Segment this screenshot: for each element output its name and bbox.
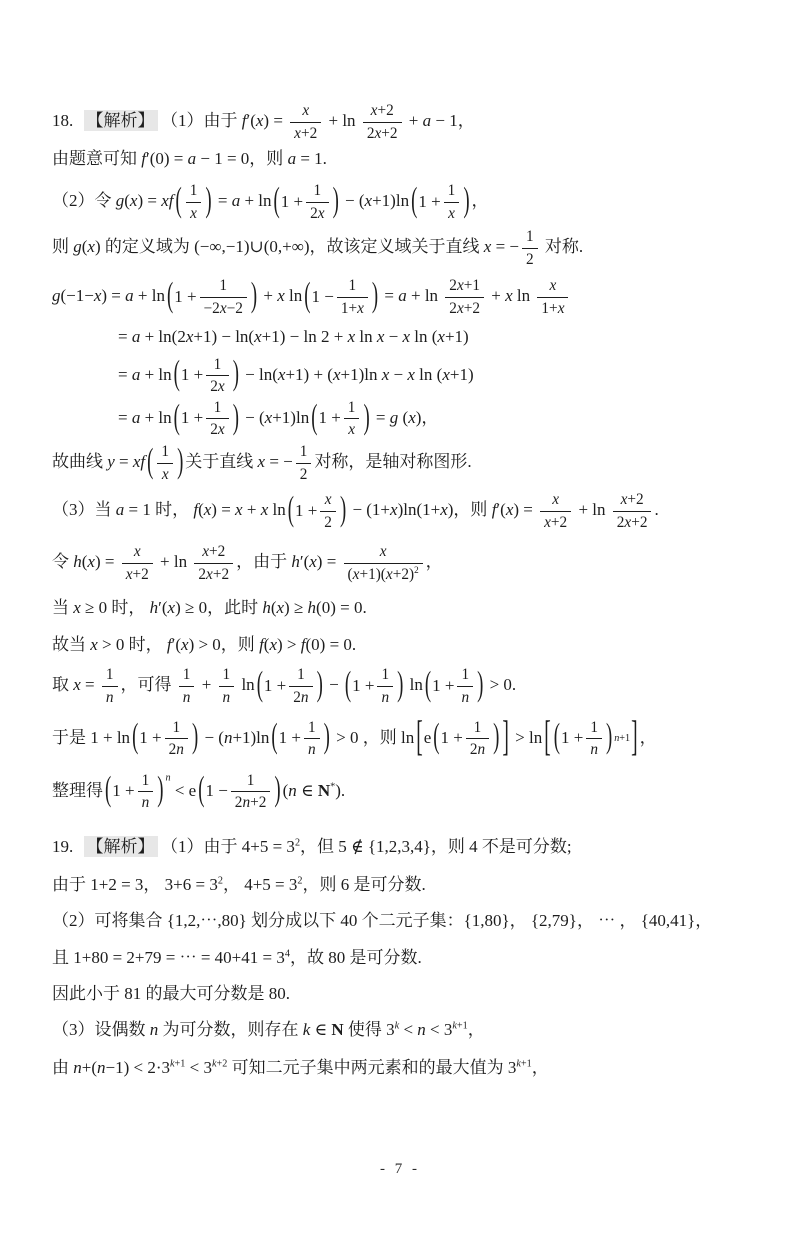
fraction-numerator: x bbox=[320, 491, 336, 512]
close-bracket: ] bbox=[501, 718, 510, 760]
superscript: 2 bbox=[218, 875, 223, 886]
fraction-denominator: (x+1)(x+2)2 bbox=[344, 564, 423, 584]
math-variable: x bbox=[408, 408, 416, 427]
close-paren: ) bbox=[339, 494, 347, 529]
math-variable: x bbox=[206, 566, 213, 583]
line-18-g-neg1-x: g(−1−x) = a + ln(1 + 1−2x−2) + x ln(1 − … bbox=[52, 277, 764, 317]
fraction-numerator: 1 bbox=[138, 772, 154, 793]
group-content: 1 + 1n bbox=[279, 719, 323, 759]
line-18-3-case-a1: （3）当 a = 1 时， f(x) = x + x ln(1 + x2) − … bbox=[52, 491, 764, 531]
math-variable: x bbox=[218, 378, 225, 395]
superscript: 2 bbox=[414, 565, 419, 575]
close-paren: ) bbox=[204, 185, 212, 220]
math-variable: f bbox=[193, 500, 198, 519]
fraction-numerator: 1 bbox=[157, 443, 173, 464]
open-paren: ( bbox=[166, 280, 174, 315]
math-variable: h bbox=[308, 598, 317, 617]
math-variable: k bbox=[303, 1020, 311, 1039]
fraction: 12x bbox=[306, 182, 328, 222]
fraction: 12n+2 bbox=[231, 772, 271, 812]
math-variable: y bbox=[107, 452, 115, 471]
math-variable: x bbox=[550, 277, 557, 294]
superscript: * bbox=[330, 781, 335, 792]
open-paren: ( bbox=[175, 185, 183, 220]
solution-content: 18. 【解析】（1）由于 f′(x) = xx+2 + ln x+22x+2 … bbox=[0, 0, 800, 1081]
paren-group: (1 + 12n) bbox=[432, 719, 500, 759]
math-variable: x bbox=[448, 205, 455, 222]
close-paren: ) bbox=[371, 280, 379, 315]
open-paren: ( bbox=[344, 669, 352, 704]
paren-group: (1 + 1n) bbox=[104, 772, 164, 812]
fraction-numerator: x bbox=[122, 543, 153, 564]
math-variable: x bbox=[294, 125, 301, 142]
open-paren: ( bbox=[310, 402, 318, 437]
paren-group: (1 + 1−2x−2) bbox=[166, 277, 258, 317]
line-18-h-monotone: 当 x ≥ 0 时， h′(x) ≥ 0，此时 h(x) ≥ h(0) = 0. bbox=[52, 597, 764, 621]
fraction-numerator: x bbox=[290, 102, 321, 123]
group-content: 1x bbox=[154, 443, 176, 483]
fraction-numerator: x+2 bbox=[363, 102, 402, 123]
fraction: 12n bbox=[165, 719, 188, 759]
superscript: 4 bbox=[285, 948, 290, 959]
close-paren: ) bbox=[250, 280, 258, 315]
math-variable: a bbox=[188, 149, 197, 168]
group-content: 1 + 1x bbox=[318, 399, 362, 439]
fraction: xx+2 bbox=[290, 102, 321, 142]
fraction: 1x bbox=[157, 443, 173, 483]
math-variable: n bbox=[288, 781, 297, 800]
fraction-numerator: 1 bbox=[377, 666, 393, 687]
fraction-numerator: 1 bbox=[344, 399, 360, 420]
fraction: 11+x bbox=[337, 277, 368, 317]
group-content: 1 + 12x bbox=[281, 182, 332, 222]
math-variable: x bbox=[220, 300, 227, 317]
line-18-define-h: 令 h(x) = xx+2 + ln x+22x+2，由于 h′(x) = x(… bbox=[52, 543, 764, 583]
fraction: x+22x+2 bbox=[613, 491, 652, 531]
fraction-denominator: 2 bbox=[296, 464, 312, 484]
group-content: 1 + 12n bbox=[264, 666, 316, 706]
close-paren: ) bbox=[191, 721, 199, 756]
fraction-denominator: 2x bbox=[206, 376, 228, 396]
fraction: 12x bbox=[206, 399, 228, 439]
math-variable: a bbox=[125, 286, 134, 305]
math-variable: x bbox=[353, 566, 360, 583]
math-variable: n bbox=[614, 733, 619, 744]
superscript: 2 bbox=[297, 875, 302, 886]
fraction-denominator: 1+x bbox=[537, 298, 568, 318]
math-variable: k bbox=[170, 1058, 175, 1069]
math-variable: n bbox=[590, 741, 598, 758]
math-variable: x bbox=[440, 500, 448, 519]
fraction-denominator: n bbox=[179, 687, 195, 707]
open-paren: ( bbox=[303, 280, 311, 315]
math-variable: x bbox=[302, 102, 309, 119]
math-variable: n bbox=[165, 772, 170, 783]
math-variable: f bbox=[301, 635, 306, 654]
fraction: 1n bbox=[304, 719, 320, 759]
fraction-denominator: x+2 bbox=[122, 564, 153, 584]
math-variable: g bbox=[73, 237, 82, 256]
fraction: 1n bbox=[377, 666, 393, 706]
fraction: x+22x+2 bbox=[194, 543, 233, 583]
fraction-denominator: 2n+2 bbox=[231, 792, 271, 812]
math-variable: x bbox=[544, 514, 551, 531]
fraction-numerator: 1 bbox=[289, 666, 312, 687]
paren-group: (1 − 11+x) bbox=[303, 277, 379, 317]
math-variable: k bbox=[516, 1058, 521, 1069]
math-variable: x bbox=[134, 543, 141, 560]
math-variable: h bbox=[73, 552, 82, 571]
open-paren: ( bbox=[131, 721, 139, 756]
math-variable: h bbox=[150, 598, 159, 617]
close-paren: ) bbox=[605, 721, 613, 756]
fraction-numerator: x bbox=[537, 277, 568, 298]
math-variable: x bbox=[371, 102, 378, 119]
math-variable: x bbox=[505, 286, 513, 305]
fraction-denominator: 2x bbox=[306, 203, 328, 223]
group-content: 1 − 12n+2 bbox=[205, 772, 273, 812]
math-variable: k bbox=[212, 1058, 217, 1069]
group-content: 1 + 12n bbox=[441, 719, 493, 759]
close-paren: ) bbox=[232, 358, 240, 393]
fraction: 12x bbox=[206, 356, 228, 396]
fraction: 1x bbox=[186, 182, 202, 222]
paren-group: (1 + 1n) bbox=[270, 719, 330, 759]
fraction-numerator: 1 bbox=[165, 719, 188, 740]
math-variable: g bbox=[390, 408, 399, 427]
fraction-numerator: 1 bbox=[200, 277, 247, 298]
math-variable: x bbox=[190, 205, 197, 222]
math-variable: x bbox=[202, 543, 209, 560]
math-variable: a bbox=[423, 111, 432, 130]
math-variable: k bbox=[395, 1020, 400, 1031]
math-variable: x bbox=[318, 205, 325, 222]
math-variable: k bbox=[452, 1020, 457, 1031]
fraction-numerator: 1 bbox=[102, 666, 118, 687]
math-variable: n bbox=[97, 1058, 106, 1077]
math-bold-symbol: N bbox=[318, 781, 330, 800]
math-variable: a bbox=[116, 500, 125, 519]
paren-group: (1 + 12n) bbox=[131, 719, 199, 759]
math-variable: a bbox=[132, 408, 141, 427]
close-bracket: ] bbox=[630, 718, 639, 760]
paren-group: (1 − 12n+2) bbox=[197, 772, 281, 812]
math-variable: x bbox=[87, 552, 95, 571]
superscript: k bbox=[395, 1020, 400, 1031]
math-variable: f bbox=[167, 635, 172, 654]
highlighted-label: 【解析】 bbox=[84, 836, 158, 857]
math-variable: x bbox=[621, 491, 628, 508]
open-paren: ( bbox=[197, 774, 205, 809]
fraction: 12 bbox=[296, 443, 312, 483]
fraction-denominator: x bbox=[444, 203, 460, 223]
fraction-numerator: 1 bbox=[179, 666, 195, 687]
fraction-numerator: 1 bbox=[466, 719, 489, 740]
open-bracket: [ bbox=[415, 718, 424, 760]
math-variable: x bbox=[265, 408, 273, 427]
superscript: k+1 bbox=[452, 1020, 467, 1031]
close-paren: ) bbox=[332, 185, 340, 220]
fraction: 12n bbox=[466, 719, 489, 759]
math-variable: x bbox=[90, 635, 98, 654]
math-variable: x bbox=[333, 365, 341, 384]
math-variable: h bbox=[291, 552, 300, 571]
math-variable: x bbox=[258, 452, 266, 471]
fraction-denominator: x+2 bbox=[290, 123, 321, 143]
fraction-numerator: 1 bbox=[206, 356, 228, 377]
fraction-numerator: 1 bbox=[186, 182, 202, 203]
math-variable: a bbox=[398, 286, 407, 305]
line-18-then-ln-ineq: 于是 1 + ln(1 + 12n) − (n+1)ln(1 + 1n) > 0… bbox=[52, 719, 764, 759]
math-variable: f bbox=[259, 635, 264, 654]
group-content: (1 + 1n)n+1 bbox=[552, 719, 630, 759]
fraction-denominator: n bbox=[102, 687, 118, 707]
close-paren: ) bbox=[232, 402, 240, 437]
math-variable: f bbox=[242, 111, 247, 130]
math-variable: n bbox=[106, 689, 114, 706]
fraction-denominator: n bbox=[304, 739, 320, 759]
fraction-numerator: 1 bbox=[219, 666, 235, 687]
math-variable: n bbox=[183, 689, 191, 706]
math-variable: n bbox=[417, 1020, 426, 1039]
open-bracket: [ bbox=[543, 718, 552, 760]
math-variable: x bbox=[256, 111, 264, 130]
superscript: 2 bbox=[295, 837, 300, 848]
fraction: 1x bbox=[444, 182, 460, 222]
math-variable: a bbox=[132, 327, 141, 346]
line-18-take-x-1n: 取 x = 1n，可得 1n + 1n ln(1 + 12n) − (1 + 1… bbox=[52, 666, 764, 706]
line-19-80-divisible: 且 1+80 = 2+79 = ⋯ = 40+41 = 34，故 80 是可分数… bbox=[52, 947, 764, 971]
fraction: xx+2 bbox=[122, 543, 153, 583]
line-18-domain: 则 g(x) 的定义域为 (−∞,−1)∪(0,+∞)，故该定义域关于直线 x … bbox=[52, 228, 764, 268]
superscript: n bbox=[165, 772, 170, 783]
open-paren: ( bbox=[173, 358, 181, 393]
superscript: k+1 bbox=[170, 1058, 185, 1069]
fraction-numerator: 1 bbox=[206, 399, 228, 420]
fraction-denominator: 1+x bbox=[337, 298, 368, 318]
open-paren: ( bbox=[287, 494, 295, 529]
fraction-numerator: 1 bbox=[304, 719, 320, 740]
math-bold-symbol: N bbox=[331, 1020, 343, 1039]
fraction-numerator: 1 bbox=[296, 443, 312, 464]
fraction: 1x bbox=[344, 399, 360, 439]
math-variable: n bbox=[142, 794, 150, 811]
math-variable: a bbox=[132, 365, 141, 384]
math-variable: n bbox=[176, 741, 184, 758]
math-variable: n bbox=[381, 689, 389, 706]
fraction-numerator: x bbox=[540, 491, 571, 512]
highlighted-label: 【解析】 bbox=[84, 110, 158, 131]
fraction: 1n bbox=[179, 666, 195, 706]
math-variable: x bbox=[277, 598, 285, 617]
open-paren: ( bbox=[410, 185, 418, 220]
group-content: 1 + 1n bbox=[432, 666, 476, 706]
fraction: 1n bbox=[586, 719, 602, 759]
math-variable: x bbox=[87, 237, 95, 256]
fraction-denominator: −2x−2 bbox=[200, 298, 247, 318]
math-variable: xf bbox=[161, 191, 173, 210]
math-variable: x bbox=[558, 300, 565, 317]
fraction: 2x+12x+2 bbox=[445, 277, 484, 317]
open-paren: ( bbox=[424, 669, 432, 704]
line-18-final-result: 整理得(1 + 1n)n < e(1 − 12n+2)(n ∈ N*). bbox=[52, 772, 764, 812]
fraction: x2 bbox=[320, 491, 336, 531]
math-variable: n bbox=[224, 728, 233, 747]
close-paren: ) bbox=[362, 402, 370, 437]
close-paren: ) bbox=[316, 669, 324, 704]
math-variable: x bbox=[73, 675, 81, 694]
paren-group: (1x) bbox=[175, 182, 213, 222]
group-content: 1 + 12x bbox=[181, 399, 232, 439]
bracket-group: [e(1 + 12n)] bbox=[415, 719, 510, 759]
math-variable: xf bbox=[133, 452, 145, 471]
math-variable: x bbox=[168, 598, 176, 617]
math-variable: x bbox=[506, 500, 514, 519]
math-variable: x bbox=[181, 635, 189, 654]
group-content: 1 + 12n bbox=[139, 719, 191, 759]
paren-group: (1x) bbox=[146, 443, 184, 483]
fraction-numerator: 1 bbox=[337, 277, 368, 298]
fraction-denominator: 2 bbox=[320, 512, 336, 532]
paren-group: (1 + 1n) bbox=[344, 666, 404, 706]
fraction-denominator: n bbox=[377, 687, 393, 707]
close-paren: ) bbox=[176, 446, 184, 481]
fraction: 1n bbox=[219, 666, 235, 706]
fraction-denominator: x bbox=[344, 419, 360, 439]
fraction: 12 bbox=[522, 228, 538, 268]
math-variable: x bbox=[277, 286, 285, 305]
paren-group: (1 + 1x) bbox=[310, 399, 370, 439]
math-variable: x bbox=[126, 566, 133, 583]
open-paren: ( bbox=[553, 721, 561, 756]
fraction: 1n bbox=[457, 666, 473, 706]
math-variable: n bbox=[242, 794, 250, 811]
fraction: 1−2x−2 bbox=[200, 277, 247, 317]
group-content: 1 + 1n bbox=[112, 772, 156, 812]
superscript: k+2 bbox=[212, 1058, 227, 1069]
math-variable: n bbox=[73, 1058, 82, 1077]
fraction-denominator: n bbox=[219, 687, 235, 707]
math-variable: x bbox=[261, 500, 269, 519]
line-19-2-partition: （2）可将集合 {1,2,⋯,80} 划分成以下 40 个二元子集：{1,80}… bbox=[52, 910, 764, 934]
math-variable: x bbox=[382, 365, 390, 384]
fraction-numerator: x+2 bbox=[613, 491, 652, 512]
fraction-denominator: n bbox=[586, 739, 602, 759]
close-paren: ) bbox=[323, 721, 331, 756]
group-content: e(1 + 12n) bbox=[424, 719, 502, 759]
math-variable: x bbox=[235, 500, 243, 519]
math-variable: x bbox=[130, 191, 138, 210]
line-19-max-below-81: 因此小于 81 的最大可分数是 80. bbox=[52, 983, 764, 1007]
close-paren: ) bbox=[476, 669, 484, 704]
line-18-2-define-g: （2）令 g(x) = xf(1x) = a + ln(1 + 12x) − (… bbox=[52, 182, 764, 222]
math-variable: a bbox=[232, 191, 241, 210]
math-variable: x bbox=[390, 500, 398, 519]
math-variable: x bbox=[552, 491, 559, 508]
line-19-6-divisible: 由于 1+2 = 3， 3+6 = 32， 4+5 = 32，则 6 是可分数. bbox=[52, 874, 764, 898]
fraction-numerator: 1 bbox=[231, 772, 271, 793]
fraction-denominator: x+2 bbox=[540, 512, 571, 532]
line-19-intro: 19. 【解析】（1）由于 4+5 = 32，但 5 ∉ {1,2,3,4}，则… bbox=[52, 836, 764, 860]
fraction-denominator: x bbox=[186, 203, 202, 223]
math-variable: x bbox=[218, 421, 225, 438]
math-variable: x bbox=[94, 286, 102, 305]
group-content: 1 + 12x bbox=[181, 356, 232, 396]
math-variable: x bbox=[309, 552, 317, 571]
open-paren: ( bbox=[173, 402, 181, 437]
math-variable: a bbox=[288, 149, 297, 168]
fraction-denominator: 2n bbox=[466, 739, 489, 759]
paren-group: (1 + 12x) bbox=[273, 182, 340, 222]
fraction-denominator: 2x+2 bbox=[194, 564, 233, 584]
paren-group: (1 + 1n) bbox=[553, 719, 613, 759]
fraction: 12n bbox=[289, 666, 312, 706]
fraction: x(x+1)(x+2)2 bbox=[344, 543, 423, 583]
open-paren: ( bbox=[432, 721, 440, 756]
fraction-denominator: n bbox=[457, 687, 473, 707]
math-variable: x bbox=[380, 543, 387, 560]
group-content: 1 + x2 bbox=[295, 491, 339, 531]
fraction-numerator: x+2 bbox=[194, 543, 233, 564]
group-content: 1 + 1−2x−2 bbox=[174, 277, 250, 317]
math-variable: n bbox=[478, 741, 486, 758]
math-variable: n bbox=[150, 1020, 159, 1039]
fraction-denominator: 2n bbox=[165, 739, 188, 759]
line-18-derive-2: = a + ln(1 + 12x) − ln(x+1) + (x+1)ln x … bbox=[118, 356, 764, 396]
fraction-numerator: 1 bbox=[522, 228, 538, 249]
math-variable: x bbox=[278, 365, 286, 384]
math-variable: n bbox=[223, 689, 231, 706]
fraction-denominator: x bbox=[157, 464, 173, 484]
math-variable: x bbox=[457, 277, 464, 294]
math-variable: x bbox=[624, 514, 631, 531]
line-18-derive-3: = a + ln(1 + 12x) − (x+1)ln(1 + 1x) = g … bbox=[118, 399, 764, 439]
math-variable: n bbox=[308, 741, 316, 758]
math-variable: x bbox=[442, 365, 450, 384]
close-paren: ) bbox=[273, 774, 281, 809]
math-variable: x bbox=[186, 327, 194, 346]
math-variable: x bbox=[73, 598, 81, 617]
math-variable: f bbox=[492, 500, 497, 519]
close-paren: ) bbox=[156, 774, 164, 809]
math-variable: x bbox=[348, 327, 356, 346]
group-content: 1 + 1n bbox=[352, 666, 396, 706]
paren-group: (1 + 12x) bbox=[173, 399, 240, 439]
math-variable: x bbox=[325, 491, 332, 508]
math-variable: n bbox=[461, 689, 469, 706]
close-paren: ) bbox=[396, 669, 404, 704]
math-variable: g bbox=[52, 286, 61, 305]
group-content: 1x bbox=[183, 182, 205, 222]
open-paren: ( bbox=[256, 669, 264, 704]
math-variable: x bbox=[484, 237, 492, 256]
math-variable: x bbox=[269, 635, 277, 654]
line-18-symmetry-conclusion: 故曲线 y = xf(1x)关于直线 x = −12对称，是轴对称图形. bbox=[52, 443, 764, 483]
fraction: 1n bbox=[138, 772, 154, 812]
group-content: 1 − 11+x bbox=[311, 277, 370, 317]
group-content: 1 + 1x bbox=[418, 182, 462, 222]
fraction: 1n bbox=[102, 666, 118, 706]
fraction-numerator: x bbox=[344, 543, 423, 564]
math-variable: x bbox=[407, 365, 415, 384]
close-paren: ) bbox=[492, 721, 500, 756]
fraction: xx+2 bbox=[540, 491, 571, 531]
line-19-3-even-n: （3）设偶数 n 为可分数，则存在 k ∈ N 使得 3k < n < 3k+1… bbox=[52, 1019, 764, 1043]
math-variable: h bbox=[262, 598, 271, 617]
math-variable: x bbox=[386, 566, 393, 583]
paren-group: (1 + x2) bbox=[287, 491, 347, 531]
math-variable: x bbox=[357, 300, 364, 317]
